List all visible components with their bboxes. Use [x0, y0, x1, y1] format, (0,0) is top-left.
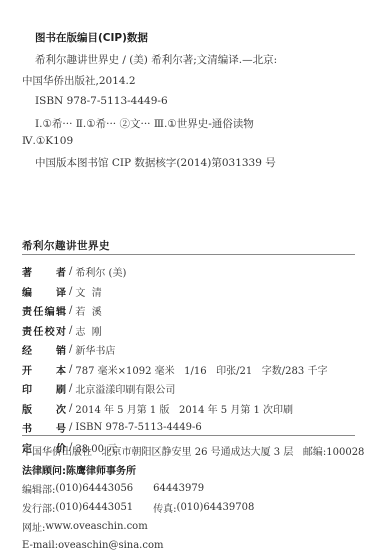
editorial-phone-1: (010)64443056: [55, 483, 133, 494]
credit-value: 787 毫米×1092 毫米 1/16 印张/21 字数/283 千字: [75, 362, 327, 377]
credit-value: 2014 年 5 月第 1 版 2014 年 5 月第 1 次印刷: [75, 401, 293, 416]
legal-counsel: 法律顾问:陈鹰律师事务所: [22, 460, 364, 479]
credit-row-translator: 编译 / 文 清: [22, 282, 327, 302]
credit-row-editor: 责任编辑 / 若 溪: [22, 301, 327, 321]
cip-publisher-line: 中国华侨出版社,2014.2: [22, 73, 136, 88]
credit-row-format: 开本 / 787 毫米×1092 毫米 1/16 印张/21 字数/283 千字: [22, 360, 327, 380]
book-title: 希利尔趣讲世界史: [22, 238, 110, 253]
credit-label: 编译: [22, 284, 66, 299]
credits-list: 著者 / 希利尔 (美) 编译 / 文 清 责任编辑 / 若 溪 责任校对 / …: [22, 262, 327, 457]
cip-number: 中国版本图书馆 CIP 数据核字(2014)第031339 号: [35, 155, 276, 170]
credit-value: 新华书店: [75, 342, 115, 357]
publisher-address: 中国华侨出版社 北京市朝阳区静安里 26 号通成达大厦 3 层 邮编:10002…: [22, 441, 364, 460]
editorial-dept: 编辑部:(010)6444305664443979: [22, 479, 364, 498]
cip-classification-1: Ⅰ.①希··· Ⅱ.①希··· ②文··· Ⅲ.①世界史-通俗读物: [35, 116, 254, 131]
credit-value: 希利尔 (美): [75, 264, 126, 279]
credit-row-printer: 印刷 / 北京溢漾印刷有限公司: [22, 379, 327, 399]
credit-label: 印刷: [22, 381, 66, 396]
credit-value: 若 溪: [75, 303, 101, 318]
cip-title-line: 希利尔趣讲世界史 / (美) 希利尔著;文清编译.—北京:: [35, 52, 277, 67]
credit-row-edition: 版次 / 2014 年 5 月第 1 版 2014 年 5 月第 1 次印刷: [22, 399, 327, 419]
credit-row-proofreader: 责任校对 / 志 刚: [22, 321, 327, 341]
divider-top: [22, 254, 355, 255]
distribution-dept: 发行部:(010)64443051传真:(010)64439708: [22, 498, 364, 517]
credit-label: 责任校对: [22, 323, 66, 338]
credit-label: 责任编辑: [22, 303, 66, 318]
credit-label: 著者: [22, 264, 66, 279]
publisher-info: 中国华侨出版社 北京市朝阳区静安里 26 号通成达大厦 3 层 邮编:10002…: [22, 441, 364, 550]
distribution-phone: (010)64443051: [55, 502, 133, 513]
credit-label: 书号: [22, 420, 66, 435]
credit-row-author: 著者 / 希利尔 (美): [22, 262, 327, 282]
credit-label: 开本: [22, 362, 66, 377]
credit-label: 版次: [22, 401, 66, 416]
fax-number: (010)64439708: [177, 502, 255, 513]
credit-value: ISBN 978-7-5113-4449-6: [75, 422, 201, 433]
credit-label: 经销: [22, 342, 66, 357]
website-row: 网址:www.oveaschin.com: [22, 517, 364, 536]
email-row: E-mail:oveaschin@sina.com: [22, 536, 364, 550]
editorial-phone-2: 64443979: [153, 483, 204, 494]
credit-value: 文 清: [75, 284, 101, 299]
website-link: www.oveaschin.com: [45, 521, 147, 532]
credit-row-distributor: 经销 / 新华书店: [22, 340, 327, 360]
divider-bottom: [22, 435, 355, 436]
cip-classification-2: Ⅳ.①K109: [22, 135, 73, 147]
credit-value: 志 刚: [75, 323, 101, 338]
credit-value: 北京溢漾印刷有限公司: [75, 381, 175, 396]
cip-isbn: ISBN 978-7-5113-4449-6: [35, 95, 168, 107]
email-address: oveaschin@sina.com: [58, 540, 163, 550]
cip-heading: 图书在版编目(CIP)数据: [35, 30, 148, 45]
